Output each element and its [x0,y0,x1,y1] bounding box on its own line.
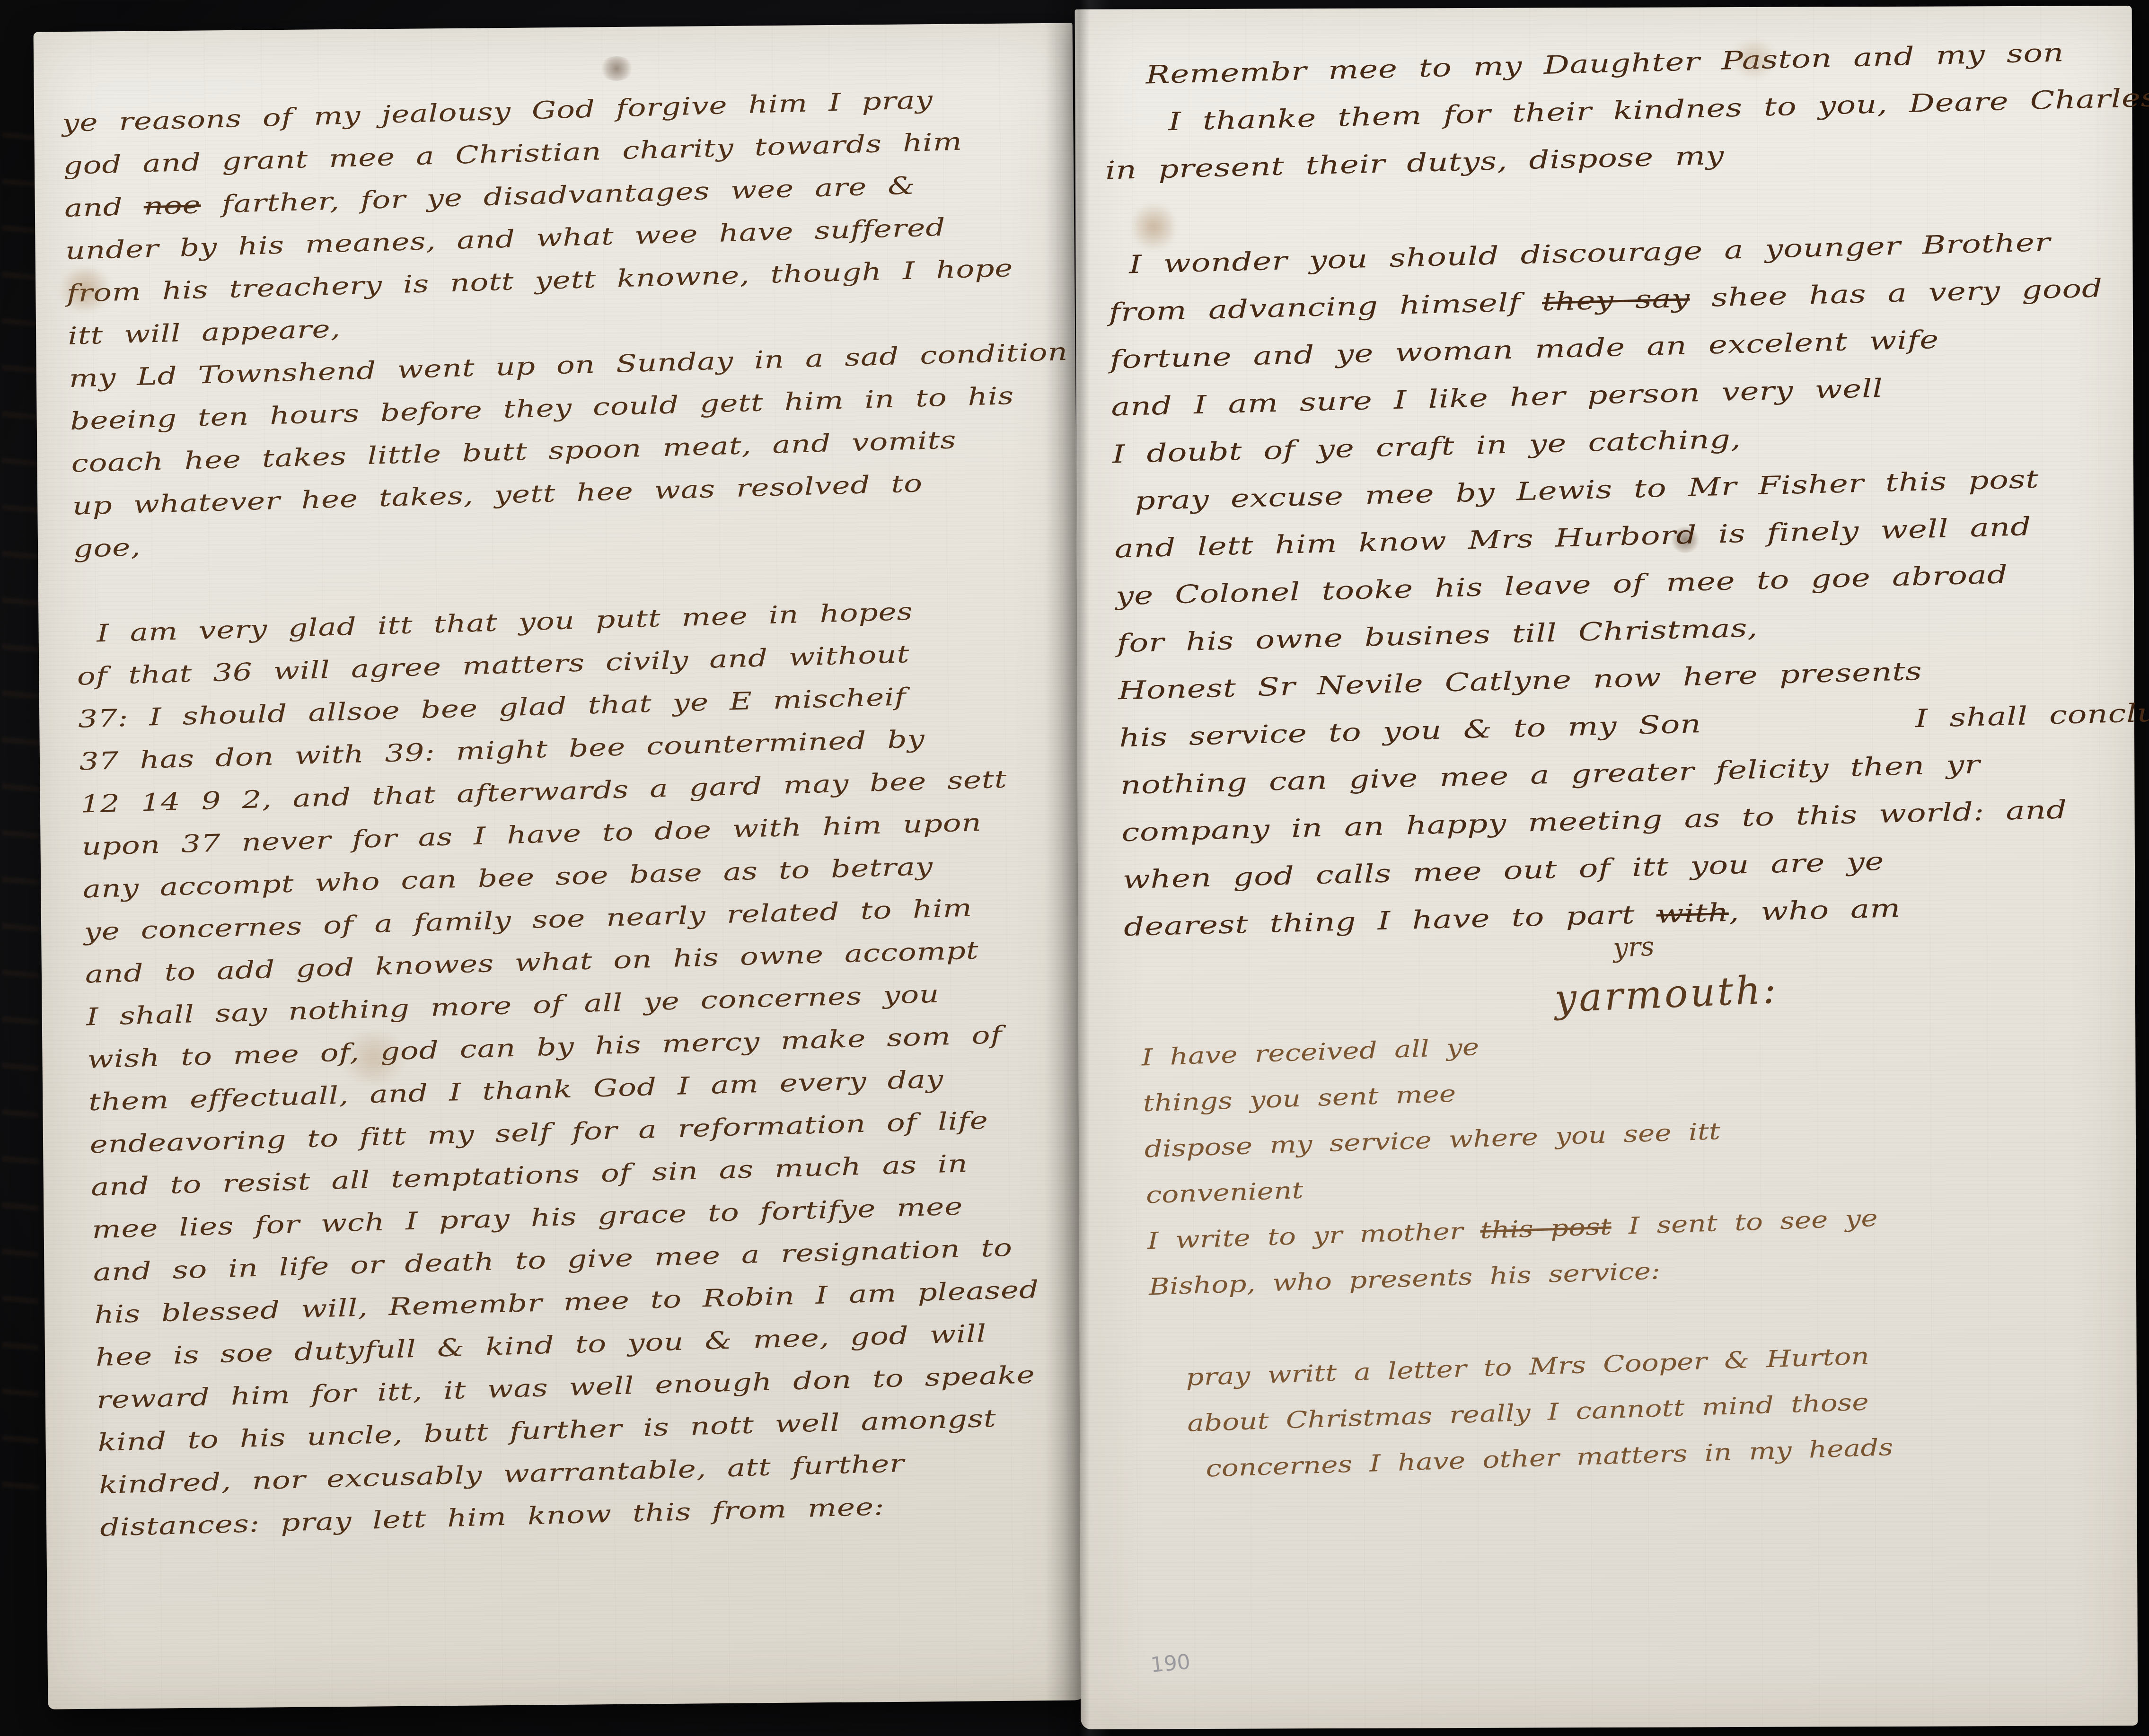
letter-page-left: ye reasons of my jealousy God forgive hi… [34,23,1087,1709]
signature-name: yarmouth: [1554,967,1779,1022]
left-page-text: ye reasons of my jealousy God forgive hi… [62,76,1100,1550]
photograph-background: ye reasons of my jealousy God forgive hi… [0,0,2149,1736]
signature-block: yrs yarmouth: [1552,926,1779,1022]
pencil-folio-number: 190 [1150,1650,1191,1677]
adjacent-page-edge [2,132,39,1528]
right-page-text: Remembr mee to my Daughter Paston and my… [1102,26,2149,951]
postscript-text: I have received all yethings you sent me… [1141,1011,1894,1493]
valediction: yrs [1612,926,1777,964]
letter-page-right: Remembr mee to my Daughter Paston and my… [1075,6,2138,1729]
ink-blot [599,56,634,81]
